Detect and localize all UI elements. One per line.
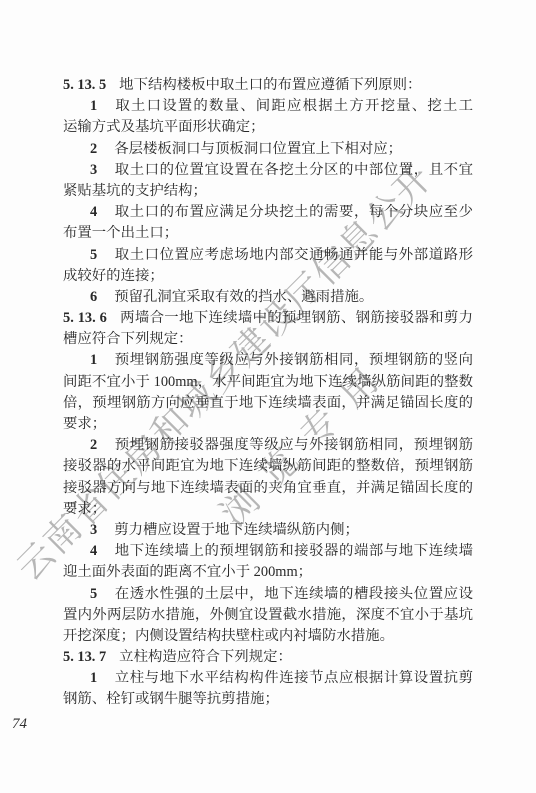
text-line: 接驳器方向与地下连续墙表面的夹角宜垂直，并满足锚固长度的 bbox=[63, 478, 473, 499]
document-lines: 5. 13. 5地下结构楼板中取土口的布置应遵循下列原则：1取土口设置的数量、间… bbox=[0, 0, 536, 711]
page-number: 74 bbox=[0, 716, 536, 733]
line-text: 钢筋、栓钉或钢牛腿等抗剪措施； bbox=[63, 691, 279, 707]
line-number: 3 bbox=[90, 162, 97, 178]
line-text: 运输方式及基坑平面形状确定； bbox=[63, 119, 264, 135]
text-line: 运输方式及基坑平面形状确定； bbox=[63, 117, 473, 138]
text-line: 5. 13. 5地下结构楼板中取土口的布置应遵循下列原则： bbox=[63, 75, 473, 96]
line-text: 开挖深度；内侧设置结构扶壁柱或内衬墙防水措施。 bbox=[63, 628, 394, 644]
line-text: 取土口设置的数量、间距应根据土方开挖量、挖土工期、 bbox=[90, 98, 473, 117]
line-text: 倍，预埋钢筋方向应垂直于地下连续墙表面，并满足锚固长度的 bbox=[63, 395, 473, 411]
text-line: 4取土口的布置应满足分块挖土的需要，每个分块应至少 bbox=[63, 202, 473, 223]
line-text: 在透水性强的土层中，地下连续墙的槽段接头位置应设 bbox=[114, 586, 473, 602]
line-number: 5. 13. 7 bbox=[63, 649, 106, 665]
text-line: 1预埋钢筋强度等级应与外接钢筋相同，预埋钢筋的竖向 bbox=[63, 350, 473, 371]
text-line: 5取土口位置应考虑场地内部交通畅通并能与外部道路形 bbox=[63, 245, 473, 266]
text-line: 置内外两层防水措施，外侧宜设置截水措施，深度不宜小于基坑 bbox=[63, 605, 473, 626]
line-number: 1 bbox=[90, 98, 97, 114]
line-number: 5. 13. 5 bbox=[63, 77, 106, 93]
text-line: 6预留孔洞宜采取有效的挡水、避雨措施。 bbox=[63, 287, 473, 308]
line-text: 要求； bbox=[63, 416, 106, 432]
line-number: 4 bbox=[90, 204, 97, 220]
line-text: 各层楼板洞口与顶板洞口位置宜上下相对应； bbox=[114, 141, 402, 157]
line-text: 剪力槽应设置于地下连续墙纵筋内侧； bbox=[114, 522, 359, 538]
text-line: 2预埋钢筋接驳器强度等级应与外接钢筋相同，预埋钢筋 bbox=[63, 435, 473, 456]
line-text: 迎土面外表面的距离不宜小于 200mm； bbox=[63, 564, 312, 580]
line-text: 预埋钢筋强度等级应与外接钢筋相同，预埋钢筋的竖向 bbox=[114, 352, 473, 368]
text-line: 布置一个出土口； bbox=[63, 223, 473, 244]
text-line: 要求； bbox=[63, 414, 473, 435]
line-text: 预埋钢筋接驳器强度等级应与外接钢筋相同，预埋钢筋 bbox=[114, 437, 473, 453]
text-line: 1立柱与地下水平结构构件连接节点应根据计算设置抗剪 bbox=[63, 668, 473, 689]
text-line: 紧贴基坑的支护结构； bbox=[63, 181, 473, 202]
text-line: 3取土口的位置宜设置在各挖土分区的中部位置，且不宜 bbox=[63, 160, 473, 181]
line-text: 布置一个出土口； bbox=[63, 225, 178, 241]
line-number: 4 bbox=[90, 543, 97, 559]
text-line: 成较好的连接； bbox=[63, 266, 473, 287]
line-text: 置内外两层防水措施，外侧宜设置截水措施，深度不宜小于基坑 bbox=[63, 607, 473, 623]
text-line: 要求； bbox=[63, 499, 473, 520]
line-text: 接驳器的水平间距宜为地下连续墙纵筋间距的整数倍，预埋钢筋 bbox=[63, 458, 473, 474]
text-line: 1取土口设置的数量、间距应根据土方开挖量、挖土工期、 bbox=[63, 96, 473, 117]
text-line: 间距不宜小于 100mm，水平间距宜为地下连续墙纵筋间距的整数 bbox=[63, 372, 473, 393]
document-page: 云南省住房和城乡建设厅信息公开 浏览专用 5. 13. 5地下结构楼板中取土口的… bbox=[0, 0, 536, 793]
text-line: 5在透水性强的土层中，地下连续墙的槽段接头位置应设 bbox=[63, 584, 473, 605]
line-text: 地下结构楼板中取土口的布置应遵循下列原则： bbox=[119, 77, 421, 93]
text-line: 5. 13. 7立柱构造应符合下列规定： bbox=[63, 647, 473, 668]
text-line: 槽应符合下列规定： bbox=[63, 329, 473, 350]
line-number: 5 bbox=[90, 586, 97, 602]
text-line: 钢筋、栓钉或钢牛腿等抗剪措施； bbox=[63, 689, 473, 710]
line-text: 成较好的连接； bbox=[63, 268, 164, 284]
text-line: 接驳器的水平间距宜为地下连续墙纵筋间距的整数倍，预埋钢筋 bbox=[63, 456, 473, 477]
line-text: 要求； bbox=[63, 501, 106, 517]
line-text: 间距不宜小于 100mm，水平间距宜为地下连续墙纵筋间距的整数 bbox=[63, 374, 473, 390]
text-line: 开挖深度；内侧设置结构扶壁柱或内衬墙防水措施。 bbox=[63, 626, 473, 647]
line-text: 取土口位置应考虑场地内部交通畅通并能与外部道路形 bbox=[114, 247, 473, 263]
line-number: 2 bbox=[90, 141, 97, 157]
text-line: 3剪力槽应设置于地下连续墙纵筋内侧； bbox=[63, 520, 473, 541]
line-text: 取土口的布置应满足分块挖土的需要，每个分块应至少 bbox=[114, 204, 473, 220]
line-text: 两墙合一地下连续墙中的预埋钢筋、钢筋接驳器和剪力 bbox=[120, 310, 473, 326]
text-line: 倍，预埋钢筋方向应垂直于地下连续墙表面，并满足锚固长度的 bbox=[63, 393, 473, 414]
line-text: 预留孔洞宜采取有效的挡水、避雨措施。 bbox=[114, 289, 373, 305]
line-text: 取土口的位置宜设置在各挖土分区的中部位置，且不宜 bbox=[114, 162, 473, 178]
line-text: 立柱构造应符合下列规定： bbox=[119, 649, 292, 665]
text-line: 4地下连续墙上的预埋钢筋和接驳器的端部与地下连续墙 bbox=[63, 541, 473, 562]
line-text: 接驳器方向与地下连续墙表面的夹角宜垂直，并满足锚固长度的 bbox=[63, 480, 473, 496]
text-line: 迎土面外表面的距离不宜小于 200mm； bbox=[63, 562, 473, 583]
line-text: 紧贴基坑的支护结构； bbox=[63, 183, 207, 199]
line-number: 6 bbox=[90, 289, 97, 305]
line-number: 1 bbox=[90, 352, 97, 368]
text-line: 2各层楼板洞口与顶板洞口位置宜上下相对应； bbox=[63, 139, 473, 160]
line-number: 5. 13. 6 bbox=[63, 310, 107, 326]
line-number: 5 bbox=[90, 247, 97, 263]
line-text: 地下连续墙上的预埋钢筋和接驳器的端部与地下连续墙 bbox=[114, 543, 473, 559]
line-text: 立柱与地下水平结构构件连接节点应根据计算设置抗剪 bbox=[114, 670, 473, 686]
line-number: 2 bbox=[90, 437, 97, 453]
line-number: 3 bbox=[90, 522, 97, 538]
line-text: 槽应符合下列规定： bbox=[63, 331, 193, 347]
text-line: 5. 13. 6两墙合一地下连续墙中的预埋钢筋、钢筋接驳器和剪力 bbox=[63, 308, 473, 329]
line-number: 1 bbox=[90, 670, 97, 686]
